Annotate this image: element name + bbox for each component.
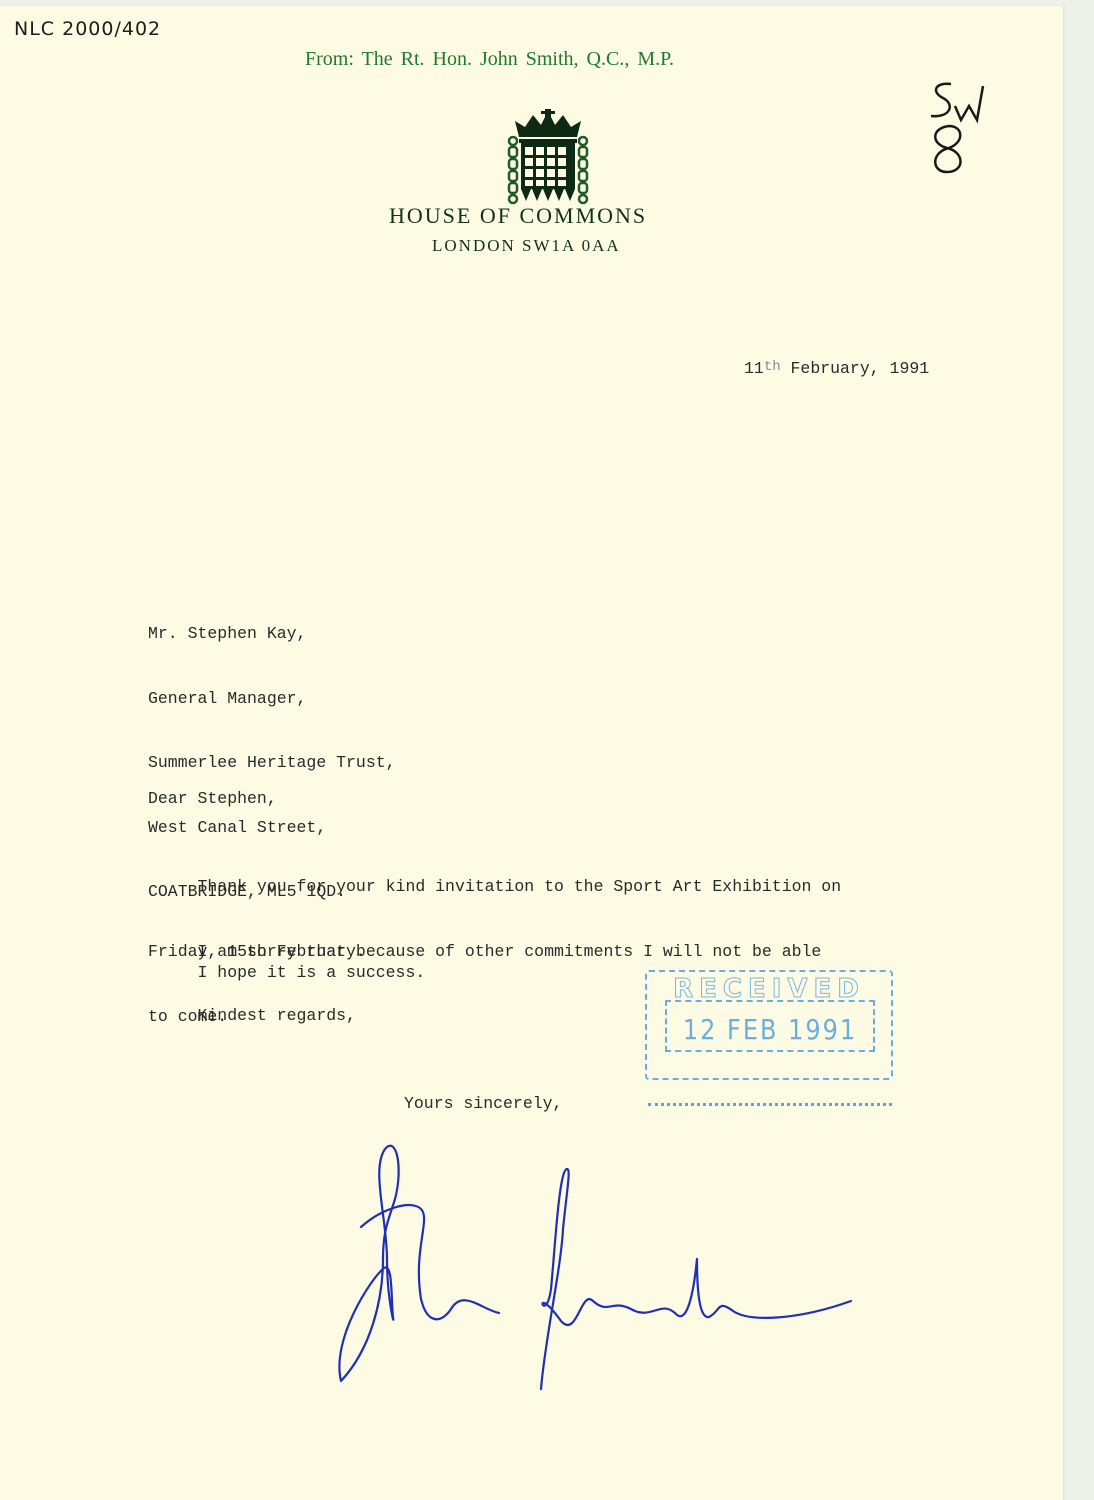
salutation: Dear Stephen, — [148, 788, 277, 810]
archive-reference: NLC 2000/402 — [14, 18, 161, 40]
recipient-line: Mr. Stephen Kay, — [148, 623, 396, 645]
date-suffix: th — [764, 359, 781, 375]
paragraph-3: I hope it is a success. — [148, 962, 425, 984]
paragraph-4: Kindest regards, — [148, 1005, 356, 1027]
initials-scribble-icon — [921, 76, 991, 176]
date-rest: February, 1991 — [781, 359, 930, 378]
institution-name: HOUSE OF COMMONS — [389, 203, 647, 229]
recipient-line: General Manager, — [148, 688, 396, 710]
signature-scribble-icon — [331, 1139, 861, 1399]
signature — [315, 1121, 845, 1381]
received-stamp: RECEIVED 12 FEB 1991 — [645, 970, 893, 1080]
paragraph-line: I am sorry that because of other commitm… — [148, 941, 821, 963]
portcullis-icon — [489, 89, 575, 189]
handwritten-initials — [905, 58, 975, 158]
closing: Yours sincerely, — [404, 1093, 562, 1115]
letterhead-from: From: The Rt. Hon. John Smith, Q.C., M.P… — [305, 48, 674, 71]
date-day: 11 — [744, 359, 764, 378]
letter-date: 11th February, 1991 — [744, 358, 929, 382]
paragraph-line: Thank you for your kind invitation to th… — [148, 876, 841, 898]
institution-address: LONDON SW1A 0AA — [432, 236, 621, 256]
letter-page: NLC 2000/402 From: The Rt. Hon. John Smi… — [0, 6, 1063, 1500]
stamp-dotted-line — [648, 1103, 892, 1106]
recipient-line: Summerlee Heritage Trust, — [148, 752, 396, 774]
stamp-date: 12 FEB 1991 — [665, 1014, 875, 1046]
